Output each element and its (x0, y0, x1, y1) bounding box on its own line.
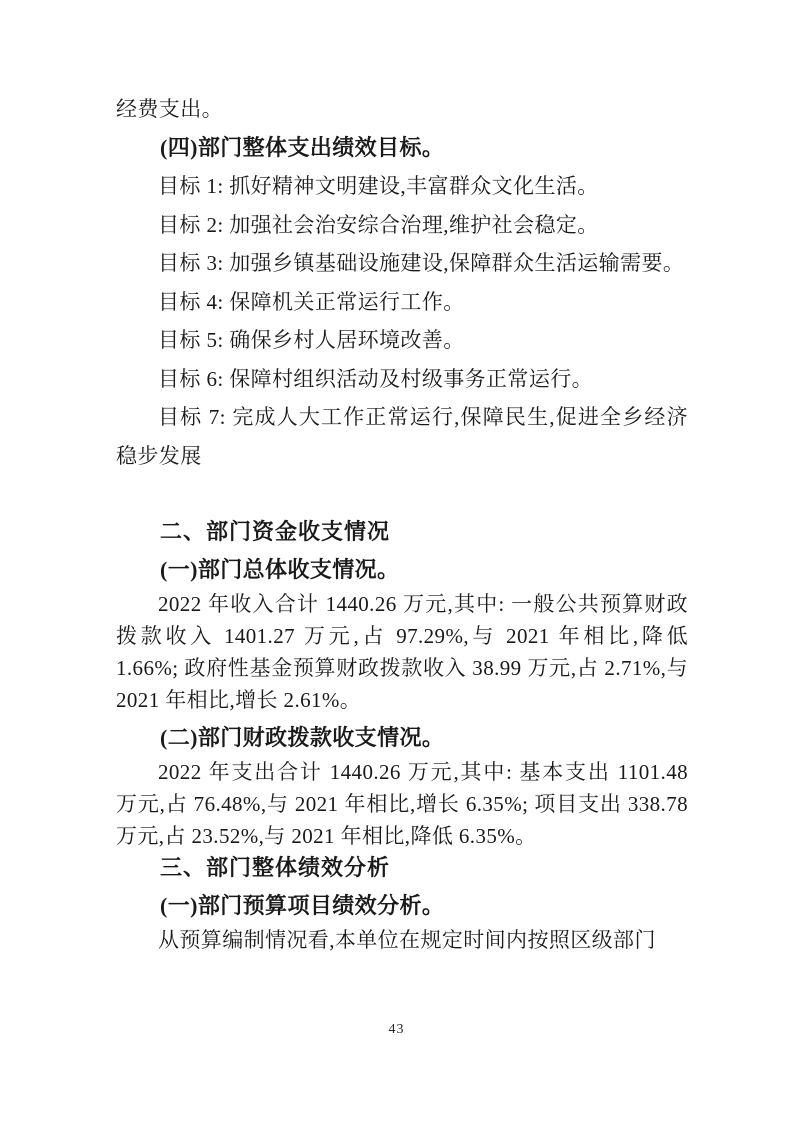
expenditure-paragraph: 2022 年支出合计 1440.26 万元,其中: 基本支出 1101.48 万… (116, 756, 688, 852)
analysis-paragraph: 从预算编制情况看,本单位在规定时间内按照区级部门 (116, 924, 688, 956)
heading-sub-3-budget-project-analysis: (一)部门预算项目绩效分析。 (116, 890, 688, 922)
heading-sub-1-overall-income: (一)部门总体收支情况。 (116, 554, 688, 586)
heading-section-4: (四)部门整体支出绩效目标。 (116, 129, 688, 168)
goal-item-4: 目标 4: 保障机关正常运行工作。 (116, 283, 688, 322)
heading-section-3: 三、部门整体绩效分析 (116, 852, 688, 884)
goal-item-3: 目标 3: 加强乡镇基础设施建设,保障群众生活运输需要。 (116, 244, 688, 283)
carryover-line: 经费支出。 (116, 90, 688, 129)
heading-sub-2-fiscal-appropriation: (二)部门财政拨款收支情况。 (116, 722, 688, 754)
document-page: 经费支出。 (四)部门整体支出绩效目标。 目标 1: 抓好精神文明建设,丰富群众… (0, 0, 793, 1122)
goal-item-6: 目标 6: 保障村组织活动及村级事务正常运行。 (116, 360, 688, 399)
page-number: 43 (0, 1022, 793, 1038)
goal-item-7: 目标 7: 完成人大工作正常运行,保障民生,促进全乡经济稳步发展 (116, 398, 688, 475)
document-text-block: 经费支出。 (四)部门整体支出绩效目标。 目标 1: 抓好精神文明建设,丰富群众… (116, 90, 688, 956)
income-paragraph: 2022 年收入合计 1440.26 万元,其中: 一般公共预算财政拨款收入 1… (116, 588, 688, 716)
heading-section-2: 二、部门资金收支情况 (116, 516, 688, 548)
goal-item-1: 目标 1: 抓好精神文明建设,丰富群众文化生活。 (116, 167, 688, 206)
goal-item-5: 目标 5: 确保乡村人居环境改善。 (116, 321, 688, 360)
goal-item-2: 目标 2: 加强社会治安综合治理,维护社会稳定。 (116, 206, 688, 245)
